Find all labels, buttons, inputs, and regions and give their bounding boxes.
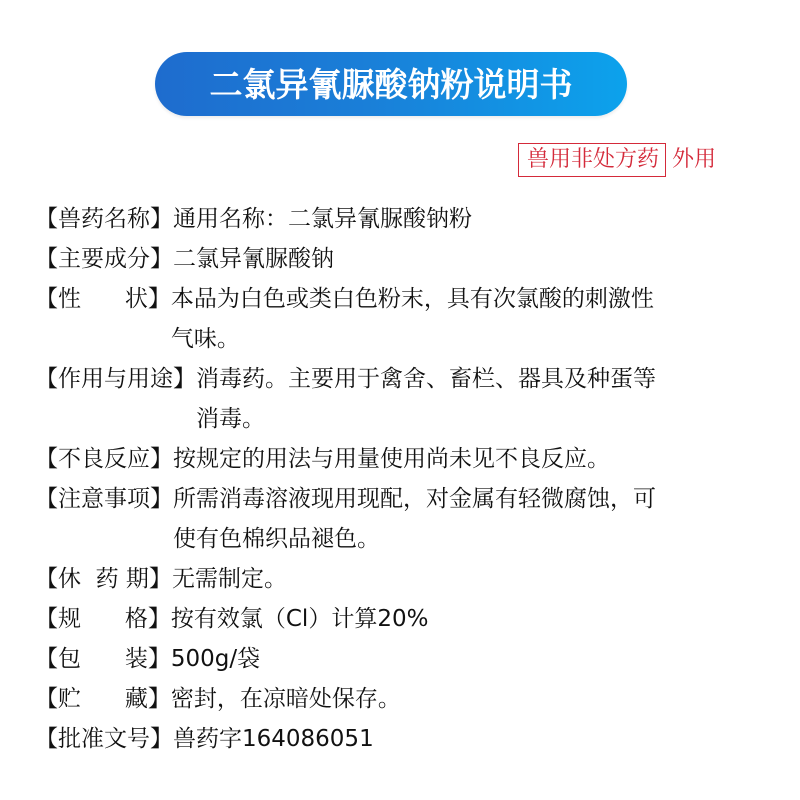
otc-badge: 兽用非处方药 (518, 143, 666, 177)
section-value: 二氯异氰脲酸钠 (173, 239, 755, 279)
value-line: 消毒。 (196, 399, 755, 439)
section-label: 【主要成分】 (35, 239, 173, 279)
section-value: 按有效氯（Cl）计算20% (171, 599, 755, 639)
section-withdrawal-period: 【休 药 期】 无需制定。 (35, 559, 755, 599)
section-packaging: 【包 装】 500g/袋 (35, 639, 755, 679)
section-main-ingredient: 【主要成分】 二氯异氰脲酸钠 (35, 239, 755, 279)
value-line: 无需制定。 (172, 559, 755, 599)
section-label: 【休 药 期】 (35, 559, 172, 599)
value-line: 密封，在凉暗处保存。 (171, 679, 755, 719)
section-storage: 【贮 藏】 密封，在凉暗处保存。 (35, 679, 755, 719)
section-specification: 【规 格】 按有效氯（Cl）计算20% (35, 599, 755, 639)
value-line: 消毒药。主要用于禽舍、畜栏、器具及种蛋等 (196, 359, 755, 399)
value-line: 按规定的用法与用量使用尚未见不良反应。 (173, 439, 755, 479)
section-value: 按规定的用法与用量使用尚未见不良反应。 (173, 439, 755, 479)
section-label: 【不良反应】 (35, 439, 173, 479)
section-value: 通用名称：二氯异氰脲酸钠粉 (173, 199, 755, 239)
classification-badges: 兽用非处方药 外用 (518, 143, 716, 177)
section-value: 密封，在凉暗处保存。 (171, 679, 755, 719)
section-label: 【包 装】 (35, 639, 171, 679)
section-precautions: 【注意事项】 所需消毒溶液现用现配，对金属有轻微腐蚀，可 使有色棉织品褪色。 (35, 479, 755, 559)
section-label: 【性 状】 (35, 279, 171, 319)
section-indications: 【作用与用途】 消毒药。主要用于禽舍、畜栏、器具及种蛋等 消毒。 (35, 359, 755, 439)
section-adverse-reactions: 【不良反应】 按规定的用法与用量使用尚未见不良反应。 (35, 439, 755, 479)
section-label: 【规 格】 (35, 599, 171, 639)
section-approval-number: 【批准文号】 兽药字164086051 (35, 719, 755, 759)
value-line: 兽药字164086051 (173, 719, 755, 759)
section-label: 【批准文号】 (35, 719, 173, 759)
title-banner: 二氯异氰脲酸钠粉说明书 (155, 52, 627, 116)
value-line: 气味。 (171, 319, 755, 359)
instruction-body: 【兽药名称】 通用名称：二氯异氰脲酸钠粉 【主要成分】 二氯异氰脲酸钠 【性 状… (35, 199, 755, 759)
section-label: 【作用与用途】 (35, 359, 196, 399)
page-title: 二氯异氰脲酸钠粉说明书 (210, 68, 573, 101)
section-value: 500g/袋 (171, 639, 755, 679)
section-value: 无需制定。 (172, 559, 755, 599)
value-line: 通用名称：二氯异氰脲酸钠粉 (173, 199, 755, 239)
section-value: 本品为白色或类白色粉末，具有次氯酸的刺激性 气味。 (171, 279, 755, 359)
section-value: 所需消毒溶液现用现配，对金属有轻微腐蚀，可 使有色棉织品褪色。 (173, 479, 755, 559)
section-drug-name: 【兽药名称】 通用名称：二氯异氰脲酸钠粉 (35, 199, 755, 239)
value-line: 500g/袋 (171, 639, 755, 679)
value-line: 使有色棉织品褪色。 (173, 519, 755, 559)
section-value: 消毒药。主要用于禽舍、畜栏、器具及种蛋等 消毒。 (196, 359, 755, 439)
value-line: 按有效氯（Cl）计算20% (171, 599, 755, 639)
section-label: 【兽药名称】 (35, 199, 173, 239)
section-value: 兽药字164086051 (173, 719, 755, 759)
section-properties: 【性 状】 本品为白色或类白色粉末，具有次氯酸的刺激性 气味。 (35, 279, 755, 359)
value-line: 二氯异氰脲酸钠 (173, 239, 755, 279)
value-line: 所需消毒溶液现用现配，对金属有轻微腐蚀，可 (173, 479, 755, 519)
external-use-label: 外用 (672, 144, 716, 176)
value-line: 本品为白色或类白色粉末，具有次氯酸的刺激性 (171, 279, 755, 319)
section-label: 【贮 藏】 (35, 679, 171, 719)
section-label: 【注意事项】 (35, 479, 173, 519)
